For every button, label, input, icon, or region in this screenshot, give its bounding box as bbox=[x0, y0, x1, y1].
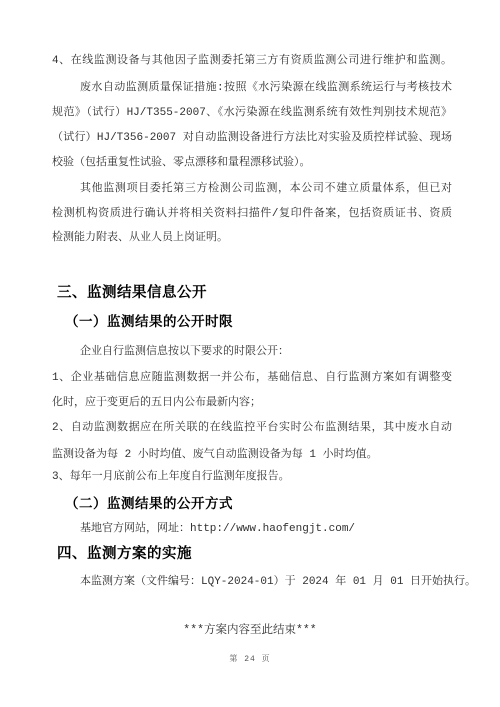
paragraph-line: 废水自动监测质量保证措施:按照《水污染源在线监测系统运行与考核技术 bbox=[52, 81, 452, 96]
section-heading: 四、监测方案的实施 bbox=[52, 545, 452, 563]
subsection-heading: （二）监测结果的公开方式 bbox=[52, 495, 452, 512]
end-of-plan-note: ***方案内容至此结束*** bbox=[0, 623, 500, 638]
paragraph-line: 3、每年一月底前公布上年度自行监测年度报告。 bbox=[52, 470, 452, 485]
paragraph-line: 4、在线监测设备与其他因子监测委托第三方有资质监测公司进行维护和监测。 bbox=[52, 54, 452, 69]
paragraph-line: 规范》（试行）HJ/T355-2007、《水污染源在线监测系统有效性判别技术规范… bbox=[52, 106, 452, 121]
paragraph-line: 1、企业基础信息应随监测数据一并公布，基础信息、自行监测方案如有调整变 bbox=[52, 371, 452, 386]
paragraph-line: 检测机构资质进行确认并将相关资料扫描件/复印件备案，包括资质证书、资质 bbox=[52, 207, 452, 222]
paragraph-line: 2、自动监测数据应在所关联的在线监控平台实时公布监测结果，其中废水自动 bbox=[52, 421, 452, 436]
paragraph-line: 化时，应于变更后的五日内公布最新内容； bbox=[52, 396, 452, 411]
paragraph-line: 本监测方案（文件编号：LQY-2024-01）于 2024 年 01 月 01 … bbox=[52, 575, 452, 590]
paragraph-line: 其他监测项目委托第三方检测公司监测，本公司不建立质量体系，但已对 bbox=[52, 182, 452, 197]
page-number: 第 24 页 bbox=[0, 654, 500, 665]
paragraph-line: 检测能力附表、从业人员上岗证明。 bbox=[52, 231, 452, 246]
paragraph-line: （试行）HJ/T356-2007 对自动监测设备进行方法比对实验及质控样试验、现… bbox=[52, 131, 452, 146]
section-heading: 三、监测结果信息公开 bbox=[52, 284, 452, 302]
paragraph-line: 企业自行监测信息按以下要求的时限公开： bbox=[52, 345, 452, 360]
paragraph-line: 监测设备为每 2 小时均值、废气自动监测设备为每 1 小时均值。 bbox=[52, 448, 452, 463]
paragraph-line: 校验（包括重复性试验、零点漂移和量程漂移试验）。 bbox=[52, 156, 452, 171]
subsection-heading: （一）监测结果的公开时限 bbox=[52, 313, 452, 330]
document-page: 4、在线监测设备与其他因子监测委托第三方有资质监测公司进行维护和监测。废水自动监… bbox=[0, 0, 500, 707]
paragraph-line: 基地官方网站，网址：http://www.haofengjt.com/ bbox=[52, 522, 452, 537]
